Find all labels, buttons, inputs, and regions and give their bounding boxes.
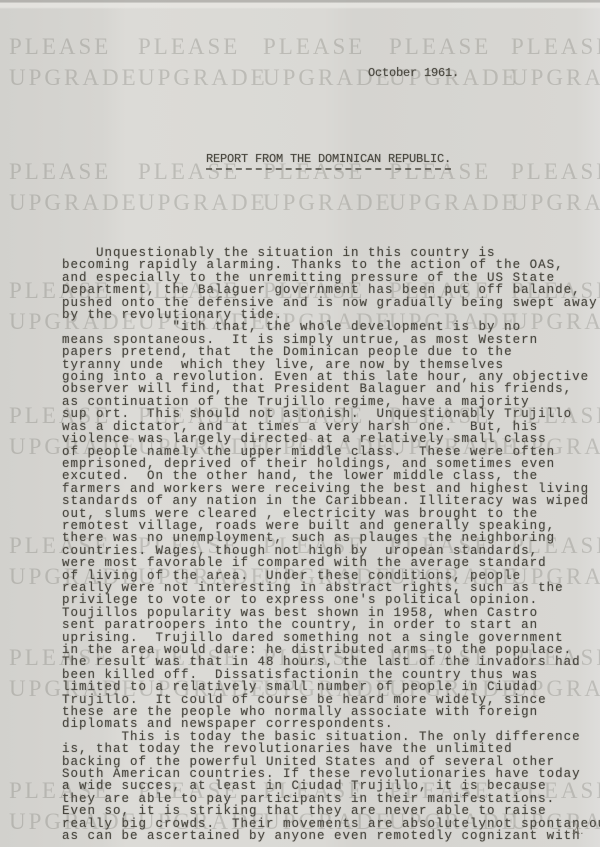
watermark-text: UPGRADE xyxy=(263,191,393,214)
watermark-text: PLEASE xyxy=(511,35,600,58)
body-line: The result was that in 48 hours, the las… xyxy=(62,656,600,668)
watermark-text: UPGRADE xyxy=(9,191,139,214)
body-line: papers pretend, that the Dominican peopl… xyxy=(62,346,600,358)
body-line: diplomats and newspaper correspondents. xyxy=(62,718,600,730)
handwritten-page-mark: A. xyxy=(573,826,583,837)
body-line: as can be ascertained by anyone even rem… xyxy=(62,830,600,842)
scanned-document-page: PLEASEUPGRADEPLEASEUPGRADEPLEASEUPGRADEP… xyxy=(0,0,600,847)
document-title: REPORT FROM THE DOMINICAN REPUBLIC. xyxy=(206,152,451,170)
watermark-text: PLEASE xyxy=(9,35,111,58)
body-line: "ith that, the whole development is by n… xyxy=(62,321,600,333)
body-line: there was no unemployment, such as plaug… xyxy=(62,532,600,544)
body-line: observer will find, that President Balag… xyxy=(62,383,600,395)
body-line: violence was largely directed at a relat… xyxy=(62,433,600,445)
body-line: becoming rapidly alarming. Thanks to the… xyxy=(62,259,600,271)
body-line: is, that today the revolutionaries have … xyxy=(62,743,600,755)
body-line: Department, the Balaguer government has … xyxy=(62,284,600,296)
watermark-text: PLEASE xyxy=(511,160,600,183)
body-line: sent paratroopers into the country, in o… xyxy=(62,619,600,631)
watermark-text: PLEASE xyxy=(138,35,240,58)
body-line: were most favorable if compared with the… xyxy=(62,557,600,569)
watermark-text: PLEASE xyxy=(9,160,111,183)
body-line: limited to a relatively small number of … xyxy=(62,681,600,693)
body-line: Even so, it is striking that they are ne… xyxy=(62,805,600,817)
body-line: excuted. On the other hand, the lower mi… xyxy=(62,470,600,482)
watermark-text: UPGRADE xyxy=(511,191,600,214)
body-line: a wide succes, at least in Ciudad Trujil… xyxy=(62,780,600,792)
body-line: standards of any nation in the Caribbean… xyxy=(62,495,600,507)
watermark-text: PLEASE xyxy=(263,35,365,58)
watermark-text: UPGRADE xyxy=(9,66,139,89)
watermark-text: UPGRADE xyxy=(138,66,268,89)
document-body: Unquestionably the situation in this cou… xyxy=(62,247,600,843)
watermark-text: PLEASE xyxy=(389,35,491,58)
body-line: privilege to vote or to express one's po… xyxy=(62,594,600,606)
watermark-text: UPGRADE xyxy=(389,191,519,214)
watermark-text: UPGRADE xyxy=(511,66,600,89)
document-date: October 1961. xyxy=(368,66,459,80)
watermark-text: UPGRADE xyxy=(138,191,268,214)
scan-edge-artifact xyxy=(0,0,600,9)
body-line: sup ort. This should not astonish. Unque… xyxy=(62,408,600,420)
